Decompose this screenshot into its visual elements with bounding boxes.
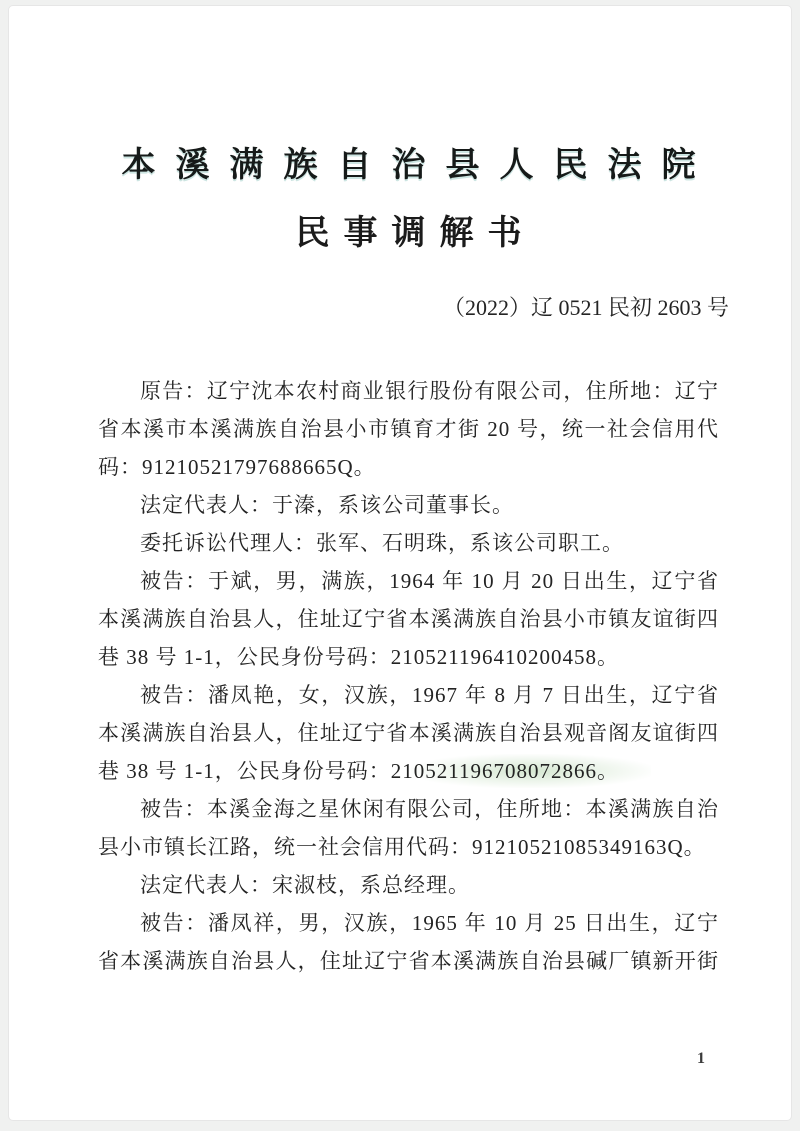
text-line: 被告：于斌，男，满族，1964 年 10 月 20 日出生，辽宁省 xyxy=(98,562,719,600)
document-content: 本溪满族自治县人民法院 民事调解书 （2022）辽 0521 民初 2603 号… xyxy=(9,6,791,980)
paragraph: 被告：潘凤艳，女，汉族，1967 年 8 月 7 日出生，辽宁省本溪满族自治县人… xyxy=(98,676,719,790)
text-line: 本溪满族自治县人，住址辽宁省本溪满族自治县观音阁友谊街四 xyxy=(98,714,719,752)
text-line: 省本溪满族自治县人，住址辽宁省本溪满族自治县碱厂镇新开街 xyxy=(98,942,719,980)
case-number: （2022）辽 0521 民初 2603 号 xyxy=(98,294,729,322)
paragraph: 被告：潘凤祥，男，汉族，1965 年 10 月 25 日出生，辽宁省本溪满族自治… xyxy=(98,904,719,980)
text-line: 原告：辽宁沈本农村商业银行股份有限公司，住所地：辽宁 xyxy=(98,372,719,410)
text-line: 本溪满族自治县人，住址辽宁省本溪满族自治县小市镇友谊街四 xyxy=(98,600,719,638)
text-line: 码：91210521797688665Q。 xyxy=(98,448,719,486)
text-line: 被告：潘凤祥，男，汉族，1965 年 10 月 25 日出生，辽宁 xyxy=(98,904,719,942)
court-name: 本溪满族自治县人民法院 xyxy=(98,6,719,188)
text-line: 被告：本溪金海之星休闲有限公司，住所地：本溪满族自治 xyxy=(98,790,719,828)
paragraph: 原告：辽宁沈本农村商业银行股份有限公司，住所地：辽宁省本溪市本溪满族自治县小市镇… xyxy=(98,372,719,486)
text-line: 巷 38 号 1-1，公民身份号码：210521196708072866。 xyxy=(98,752,719,790)
text-line: 委托诉讼代理人：张军、石明珠，系该公司职工。 xyxy=(98,524,719,562)
paragraph: 法定代表人：于溱，系该公司董事长。 xyxy=(98,486,719,524)
document-body: 原告：辽宁沈本农村商业银行股份有限公司，住所地：辽宁省本溪市本溪满族自治县小市镇… xyxy=(98,372,719,980)
page-number: 1 xyxy=(689,1050,713,1068)
text-line: 被告：潘凤艳，女，汉族，1967 年 8 月 7 日出生，辽宁省 xyxy=(98,676,719,714)
paragraph: 被告：于斌，男，满族，1964 年 10 月 20 日出生，辽宁省本溪满族自治县… xyxy=(98,562,719,676)
text-line: 省本溪市本溪满族自治县小市镇育才街 20 号，统一社会信用代 xyxy=(98,410,719,448)
text-line: 法定代表人：宋淑枝，系总经理。 xyxy=(98,866,719,904)
paragraph: 法定代表人：宋淑枝，系总经理。 xyxy=(98,866,719,904)
text-line: 县小市镇长江路，统一社会信用代码：91210521085349163Q。 xyxy=(98,828,719,866)
paragraph: 委托诉讼代理人：张军、石明珠，系该公司职工。 xyxy=(98,524,719,562)
document-title: 民事调解书 xyxy=(98,212,719,256)
paragraph: 被告：本溪金海之星休闲有限公司，住所地：本溪满族自治县小市镇长江路，统一社会信用… xyxy=(98,790,719,866)
text-line: 法定代表人：于溱，系该公司董事长。 xyxy=(98,486,719,524)
text-line: 巷 38 号 1-1，公民身份号码：210521196410200458。 xyxy=(98,638,719,676)
document-page: 本溪满族自治县人民法院 民事调解书 （2022）辽 0521 民初 2603 号… xyxy=(8,5,792,1121)
